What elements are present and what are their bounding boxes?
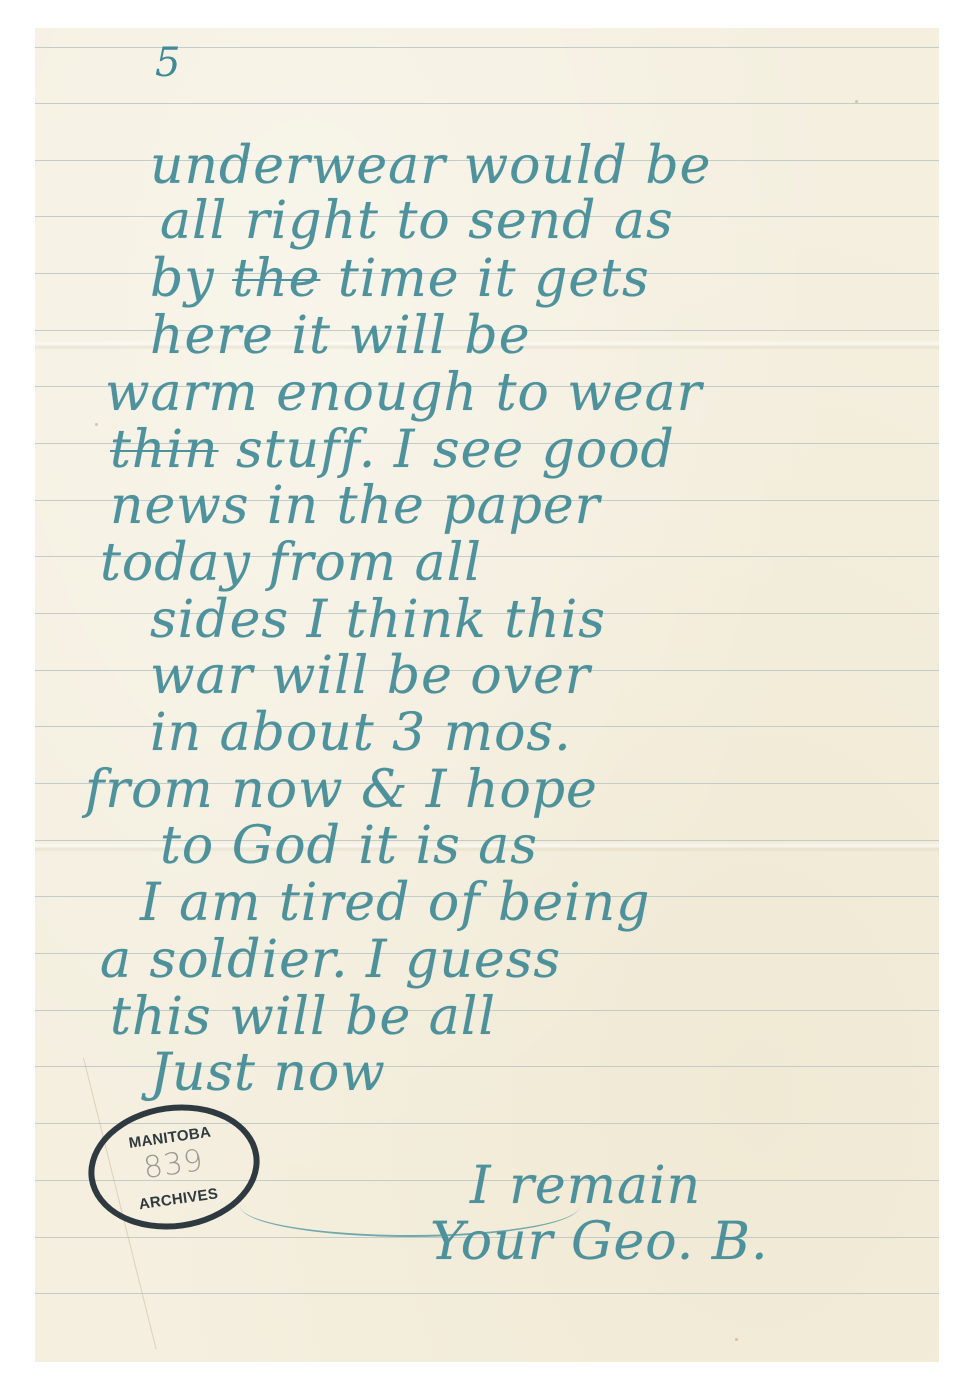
- handwritten-line: a soldier. I guess: [100, 934, 561, 986]
- paper-speck: [95, 423, 98, 426]
- paper-speck: [735, 1338, 738, 1341]
- torn-top-edge: [35, 28, 939, 31]
- handwritten-line: thin stuff. I see good: [110, 424, 675, 476]
- handwritten-line: Just now: [150, 1047, 386, 1099]
- handwritten-word: stuff. I see good: [219, 420, 675, 480]
- handwritten-line: this will be all: [110, 991, 496, 1043]
- handwritten-line: from now & I hope: [85, 764, 598, 816]
- handwritten-line: all right to send as: [160, 195, 674, 247]
- handwritten-line: news in the paper: [110, 480, 601, 532]
- handwritten-line: here it will be: [150, 310, 530, 362]
- handwritten-word: time it gets: [320, 249, 649, 309]
- handwritten-line: to God it is as: [160, 820, 538, 872]
- paper-speck: [855, 100, 858, 103]
- handwritten-line: underwear would be: [150, 140, 711, 192]
- handwritten-line: I am tired of being: [140, 877, 650, 929]
- struck-word: thin: [110, 420, 219, 480]
- page-number: 5: [155, 40, 180, 86]
- rule-line: [35, 103, 939, 104]
- handwritten-line: warm enough to wear: [105, 367, 702, 419]
- signature-flourish: [240, 1175, 580, 1237]
- handwritten-line: sides I think this: [150, 594, 606, 646]
- handwritten-line: today from all: [100, 537, 482, 589]
- handwritten-line: by the time it gets: [150, 253, 650, 305]
- handwritten-line: war will be over: [150, 650, 591, 702]
- handwritten-word: by: [150, 249, 232, 309]
- handwritten-line: in about 3 mos.: [150, 707, 572, 759]
- struck-word: the: [232, 249, 320, 309]
- rule-line: [35, 1293, 939, 1294]
